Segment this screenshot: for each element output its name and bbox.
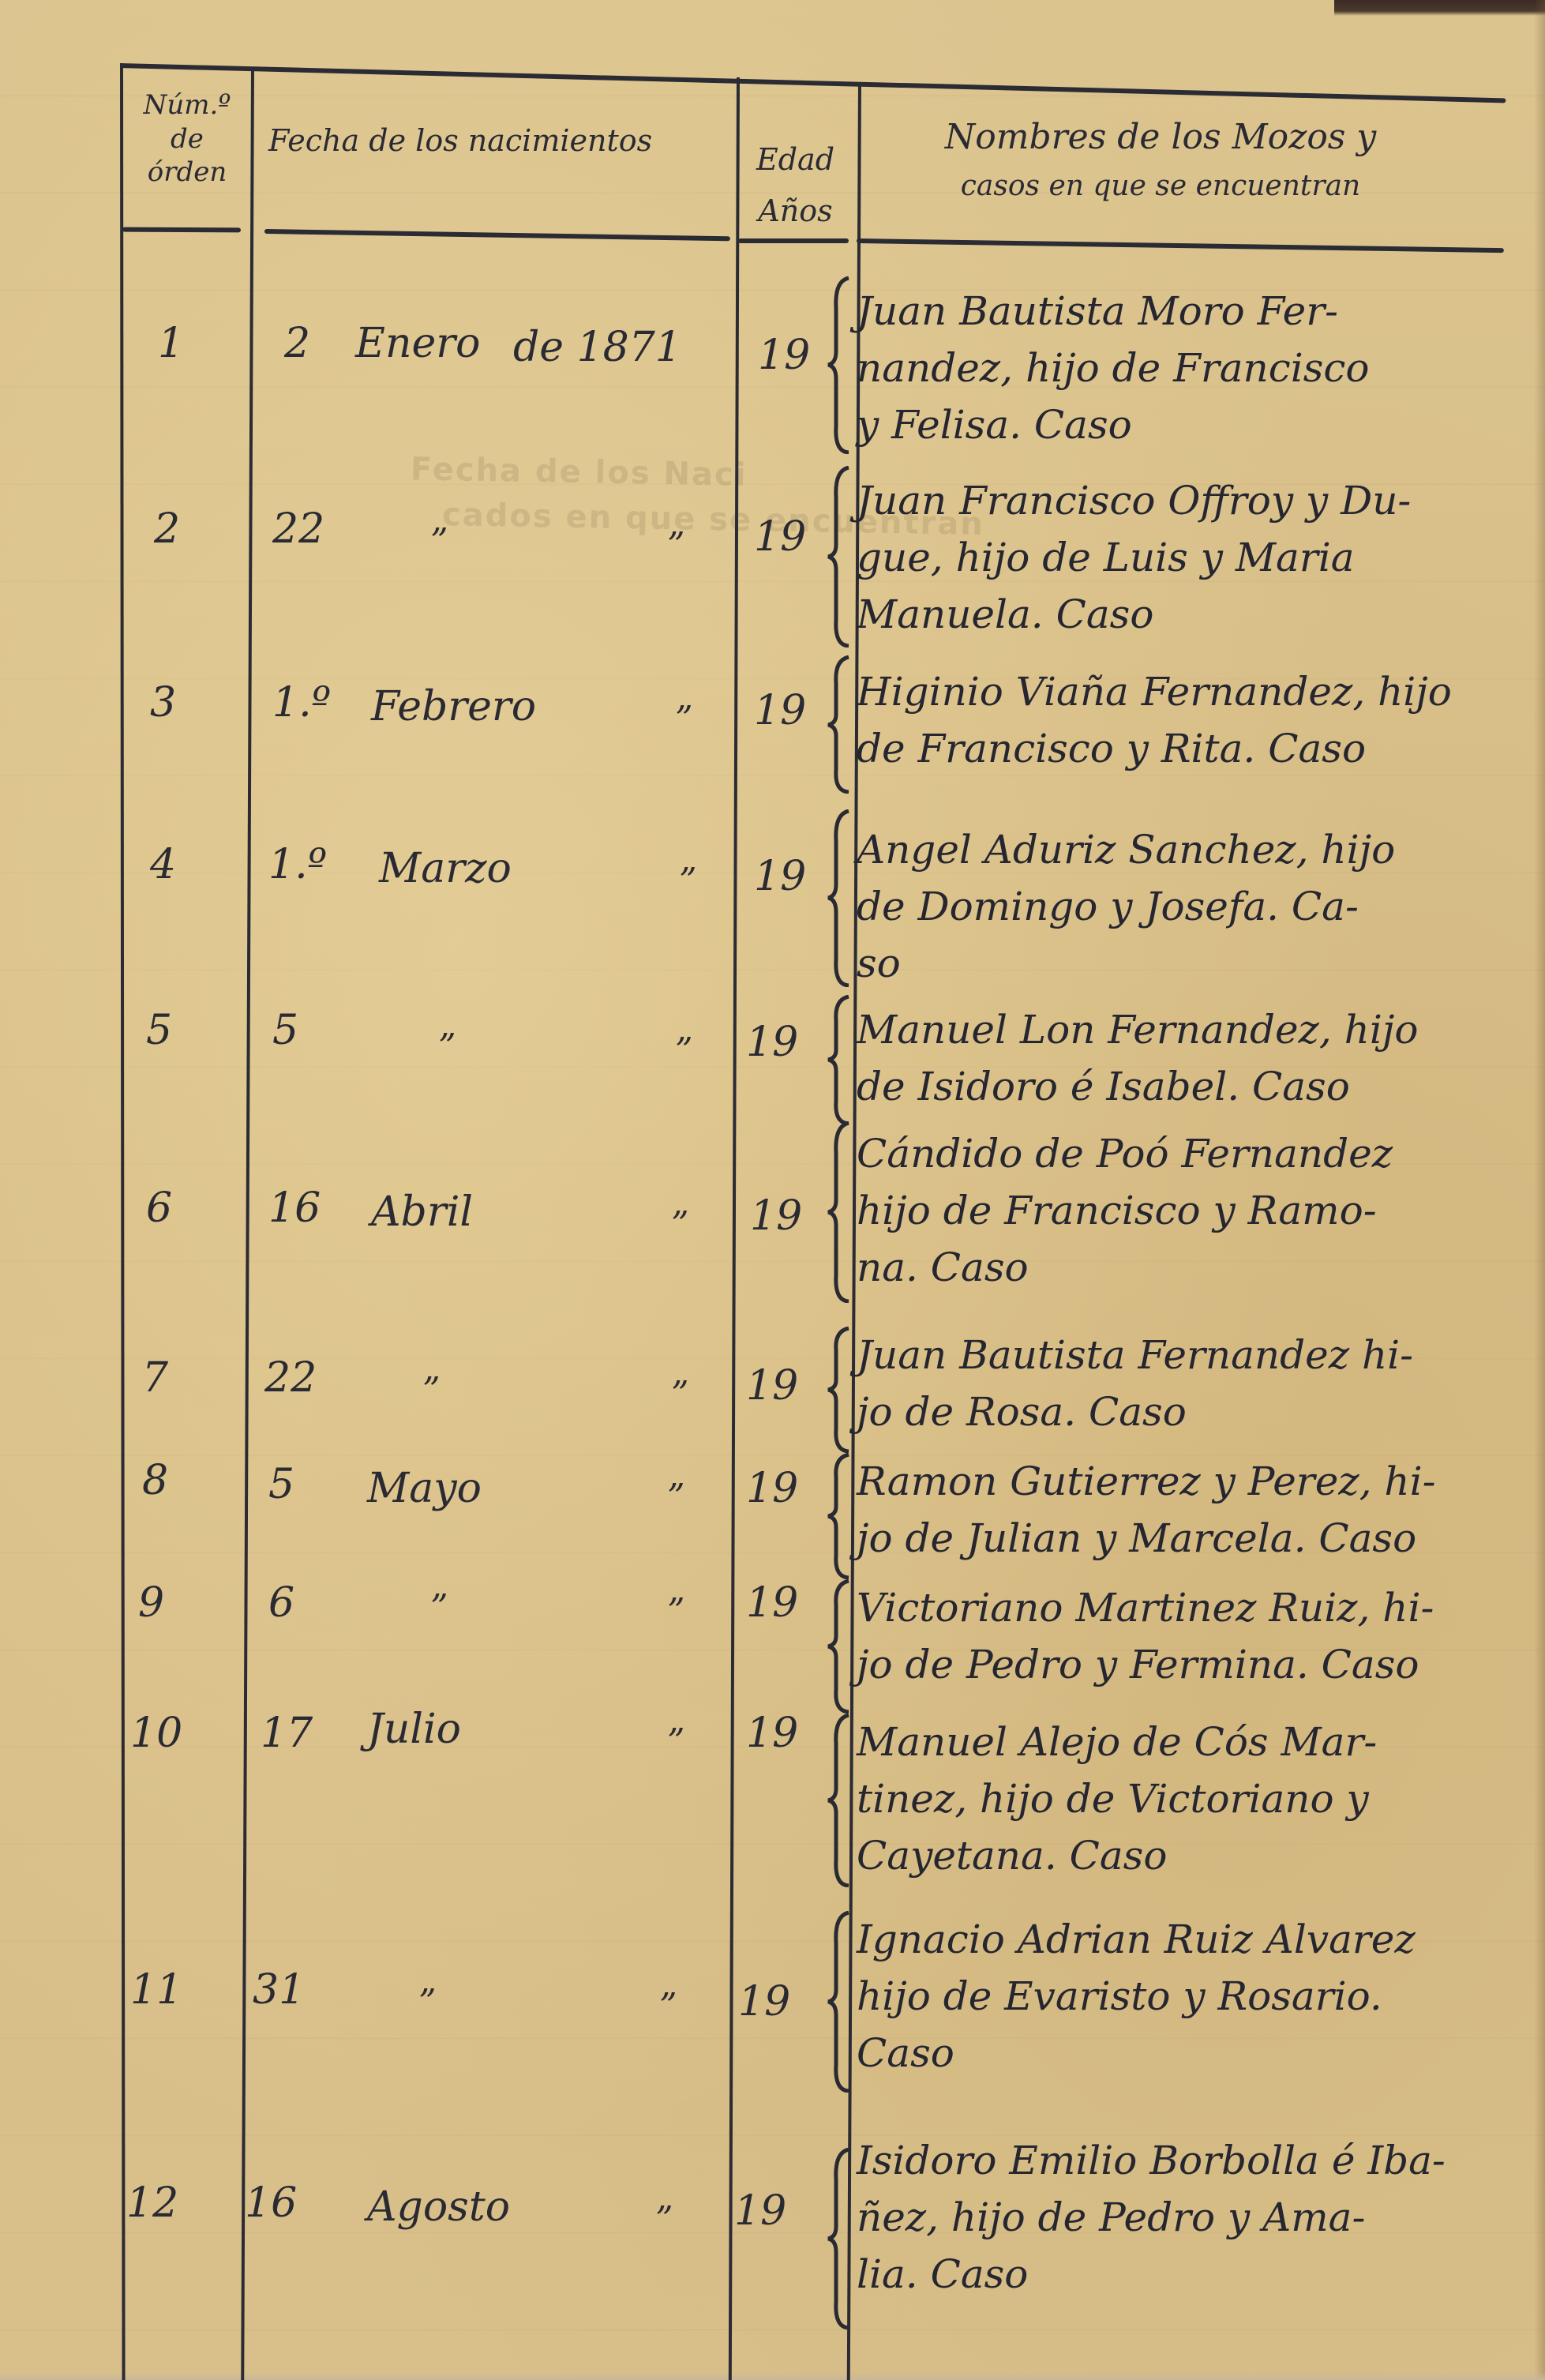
brace-icon [825,1121,857,1303]
row-names: Ramon Gutierrez y Perez, hi- jo de Julia… [857,1453,1488,1567]
row-birth-month: Febrero [371,683,536,730]
names-line: Ignacio Adrian Ruiz Alvarez [857,1911,1488,1968]
row-age: 19 [738,1978,790,2025]
row-names: Manuel Lon Fernandez, hijo de Isidoro é … [857,1001,1488,1115]
row-names: Angel Aduriz Sanchez, hijo de Domingo y … [857,821,1488,992]
brace-icon [825,1327,857,1453]
row-birth-day: 5 [272,1007,298,1054]
row-birth-month: Enero [355,320,480,367]
row-birth-month-ditto: ” [422,1370,441,1410]
row-birth-month-ditto: ” [418,1982,437,2022]
row-birth-year: de 1871 [513,324,681,371]
page-right-edge-shadow [1534,0,1545,2380]
brace-icon [825,1714,857,1887]
row-age: 19 [746,1362,798,1410]
names-line: ñez, hijo de Pedro y Ama- [857,2189,1488,2246]
row-birth-day: 22 [272,505,324,553]
brace-icon [825,466,857,648]
names-line: so [857,935,1488,992]
names-line: Victoriano Martinez Ruiz, hi- [857,1579,1488,1636]
row-age: 19 [734,2187,786,2235]
header-age-line-2: Años [742,186,849,237]
header-bottom-rule [122,227,241,233]
row-birth-month-ditto: ” [430,521,448,561]
header-number-line-1: Núm.º de [128,88,246,156]
row-age: 19 [754,513,806,561]
row-number: 6 [146,1184,172,1232]
row-birth-day: 16 [268,1184,321,1232]
names-line: jo de Rosa. Caso [857,1383,1488,1440]
names-line: hijo de Evaristo y Rosario. [857,1968,1488,2025]
names-line: Cayetana. Caso [857,1827,1488,1884]
row-age: 19 [754,687,806,734]
brace-icon [825,1911,857,2093]
names-line: jo de Julian y Marcela. Caso [857,1510,1488,1567]
row-number: 7 [142,1354,168,1402]
header-number-of-order: Núm.º de órden [128,88,246,190]
row-birth-year-ditto: ” [671,1204,689,1244]
names-line: gue, hijo de Luis y Maria [857,529,1488,586]
names-line: Juan Bautista Fernandez hi- [857,1327,1488,1383]
row-number: 3 [150,679,176,726]
row-birth-day: 1.º [268,841,327,888]
row-age: 19 [746,1710,798,1757]
row-number: 8 [142,1457,168,1504]
row-birth-year-ditto: ” [655,2199,673,2239]
row-number: 10 [130,1710,182,1757]
names-line: na. Caso [857,1239,1488,1296]
names-line: Ramon Gutierrez y Perez, hi- [857,1453,1488,1510]
row-names: Ignacio Adrian Ruiz Alvarez hijo de Evar… [857,1911,1488,2082]
row-number: 2 [154,505,180,553]
names-line: de Domingo y Josefa. Ca- [857,878,1488,935]
row-birth-year-ditto: ” [679,861,697,901]
row-age: 19 [758,332,810,379]
names-line: Manuela. Caso [857,586,1488,643]
row-birth-month: Julio [367,1706,461,1753]
names-line: nandez, hijo de Francisco [857,340,1488,396]
row-number: 1 [158,320,184,367]
brace-icon [825,1579,857,1714]
row-birth-year-ditto: ” [667,1477,685,1517]
row-birth-year-ditto: ” [659,1986,677,2026]
row-birth-year-ditto: ” [671,1374,689,1414]
row-birth-day: 17 [261,1710,313,1757]
header-bottom-rule [738,238,849,243]
header-birth-date: Fecha de los nacimientos [268,122,663,160]
names-line: de Francisco y Rita. Caso [857,720,1488,777]
names-line: y Felisa. Caso [857,396,1488,453]
row-number: 11 [130,1966,182,2014]
names-line: jo de Pedro y Fermina. Caso [857,1636,1488,1693]
row-names: Manuel Alejo de Cós Mar- tinez, hijo de … [857,1714,1488,1884]
row-names: Juan Bautista Moro Fer- nandez, hijo de … [857,283,1488,453]
row-number: 5 [146,1007,172,1054]
row-age: 19 [746,1579,798,1627]
names-line: Juan Bautista Moro Fer- [857,283,1488,340]
row-number: 9 [138,1579,164,1627]
row-names: Victoriano Martinez Ruiz, hi- jo de Pedr… [857,1579,1488,1693]
brace-icon [825,276,857,454]
names-line: Angel Aduriz Sanchez, hijo [857,821,1488,878]
row-age: 19 [754,853,806,900]
row-number: 4 [150,841,176,888]
names-line: Manuel Lon Fernandez, hijo [857,1001,1488,1058]
names-line: tinez, hijo de Victoriano y [857,1770,1488,1827]
row-birth-day: 6 [268,1579,294,1627]
header-age: Edad Años [742,134,849,236]
names-line: Cándido de Poó Fernandez [857,1125,1488,1182]
header-names: Nombres de los Mozos y casos en que se e… [876,111,1445,208]
brace-icon [825,809,857,987]
row-birth-year-ditto: ” [667,1721,685,1762]
row-birth-day: 2 [284,320,310,367]
row-birth-day: 1.º [272,679,331,726]
row-birth-year-ditto: ” [667,1591,685,1631]
row-birth-month: Marzo [379,845,512,892]
row-number: 12 [126,2179,178,2227]
names-line: Juan Francisco Offroy y Du- [857,472,1488,529]
row-birth-month-ditto: ” [430,1587,448,1627]
row-birth-day: 22 [264,1354,317,1402]
row-age: 19 [750,1192,802,1240]
brace-icon [825,1453,857,1579]
row-age: 19 [746,1019,798,1066]
row-birth-year-ditto: ” [675,699,693,739]
brace-icon [825,995,857,1125]
header-names-line-2: casos en que se encuentran [876,164,1445,208]
row-names: Isidoro Emilio Borbolla é Iba- ñez, hijo… [857,2132,1488,2303]
names-line: de Isidoro é Isabel. Caso [857,1058,1488,1115]
names-line: Higinio Viaña Fernandez, hijo [857,663,1488,720]
header-names-line-1: Nombres de los Mozos y [876,111,1445,164]
names-line: Manuel Alejo de Cós Mar- [857,1714,1488,1770]
row-names: Juan Bautista Fernandez hi- jo de Rosa. … [857,1327,1488,1440]
row-birth-month-ditto: ” [438,1027,456,1067]
row-names: Higinio Viaña Fernandez, hijo de Francis… [857,663,1488,777]
page-bottom-edge [0,2372,1545,2380]
row-birth-day: 16 [245,2179,297,2227]
names-line: Isidoro Emilio Borbolla é Iba- [857,2132,1488,2189]
row-birth-month: Agosto [367,2183,510,2231]
row-birth-day: 5 [268,1461,294,1508]
row-birth-day: 31 [253,1966,305,2014]
row-birth-year-ditto: ” [667,525,685,565]
brace-icon [825,655,857,794]
row-birth-year-ditto: ” [675,1030,693,1071]
page-top-edge-shadow [1334,0,1545,16]
names-line: lia. Caso [857,2246,1488,2303]
row-birth-month: Mayo [367,1465,482,1512]
brace-icon [825,2148,857,2329]
row-birth-month: Abril [371,1188,473,1236]
names-line: hijo de Francisco y Ramo- [857,1182,1488,1239]
row-names: Juan Francisco Offroy y Du- gue, hijo de… [857,472,1488,643]
row-names: Cándido de Poó Fernandez hijo de Francis… [857,1125,1488,1296]
header-number-line-2: órden [128,156,246,190]
bleed-through-text: Fecha de los Naci [411,451,748,493]
row-age: 19 [746,1465,798,1512]
names-line: Caso [857,2025,1488,2082]
header-age-line-1: Edad [742,134,849,186]
